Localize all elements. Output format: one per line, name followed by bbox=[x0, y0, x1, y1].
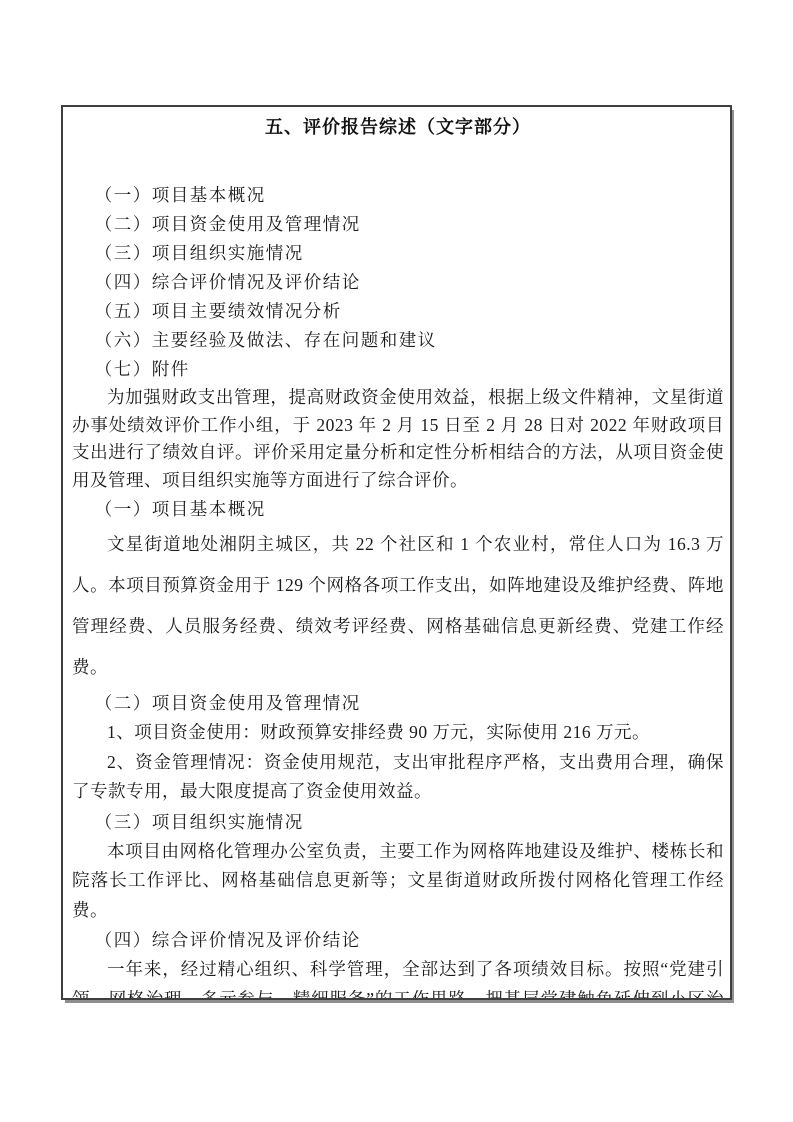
report-border-box: 五、评价报告综述（文字部分） （一）项目基本概况 （二）项目资金使用及管理情况 … bbox=[61, 105, 732, 1000]
section-heading-4: （四）综合评价情况及评价结论 bbox=[72, 925, 724, 955]
section-heading-1: （一）项目基本概况 bbox=[72, 494, 724, 524]
section-basic-overview: （一）项目基本概况 文星街道地处湘阴主城区，共 22 个社区和 1 个农业村，常… bbox=[72, 494, 724, 688]
section-heading-2: （二）项目资金使用及管理情况 bbox=[72, 688, 724, 718]
outline-item-7: （七）附件 bbox=[72, 355, 724, 384]
section-heading-3: （三）项目组织实施情况 bbox=[72, 807, 724, 837]
intro-paragraph: 为加强财政支出管理，提高财政资金使用效益，根据上级文件精神，文星街道办事处绩效评… bbox=[72, 384, 724, 494]
outline-item-5: （五）项目主要绩效情况分析 bbox=[72, 297, 724, 326]
outline-item-4: （四）综合评价情况及评价结论 bbox=[72, 268, 724, 297]
paragraph: 1、项目资金使用：财政预算安排经费 90 万元，实际使用 216 万元。 bbox=[72, 718, 724, 748]
section-implementation: （三）项目组织实施情况 本项目由网格化管理办公室负责，主要工作为网格阵地建设及维… bbox=[72, 807, 724, 926]
paragraph: 2、资金管理情况：资金使用规范，支出审批程序严格，支出费用合理，确保了专款专用，… bbox=[72, 748, 724, 807]
outline-item-1: （一）项目基本概况 bbox=[72, 181, 724, 210]
outline-item-3: （三）项目组织实施情况 bbox=[72, 239, 724, 268]
report-outline: （一）项目基本概况 （二）项目资金使用及管理情况 （三）项目组织实施情况 （四）… bbox=[72, 181, 724, 384]
paragraph: 文星街道地处湘阴主城区，共 22 个社区和 1 个农业村，常住人口为 16.3 … bbox=[72, 524, 724, 688]
section-evaluation-conclusion: （四）综合评价情况及评价结论 一年来，经过精心组织、科学管理，全部达到了各项绩效… bbox=[72, 925, 724, 1000]
section-fund-usage: （二）项目资金使用及管理情况 1、项目资金使用：财政预算安排经费 90 万元，实… bbox=[72, 688, 724, 807]
paragraph: 一年来，经过精心组织、科学管理，全部达到了各项绩效目标。按照“党建引领、网格治理… bbox=[72, 955, 724, 1000]
section-title: 五、评价报告综述（文字部分） bbox=[72, 115, 724, 139]
outline-item-6: （六）主要经验及做法、存在问题和建议 bbox=[72, 326, 724, 355]
paragraph: 本项目由网格化管理办公室负责，主要工作为网格阵地建设及维护、楼栋长和院落长工作评… bbox=[72, 837, 724, 926]
outline-item-2: （二）项目资金使用及管理情况 bbox=[72, 210, 724, 239]
